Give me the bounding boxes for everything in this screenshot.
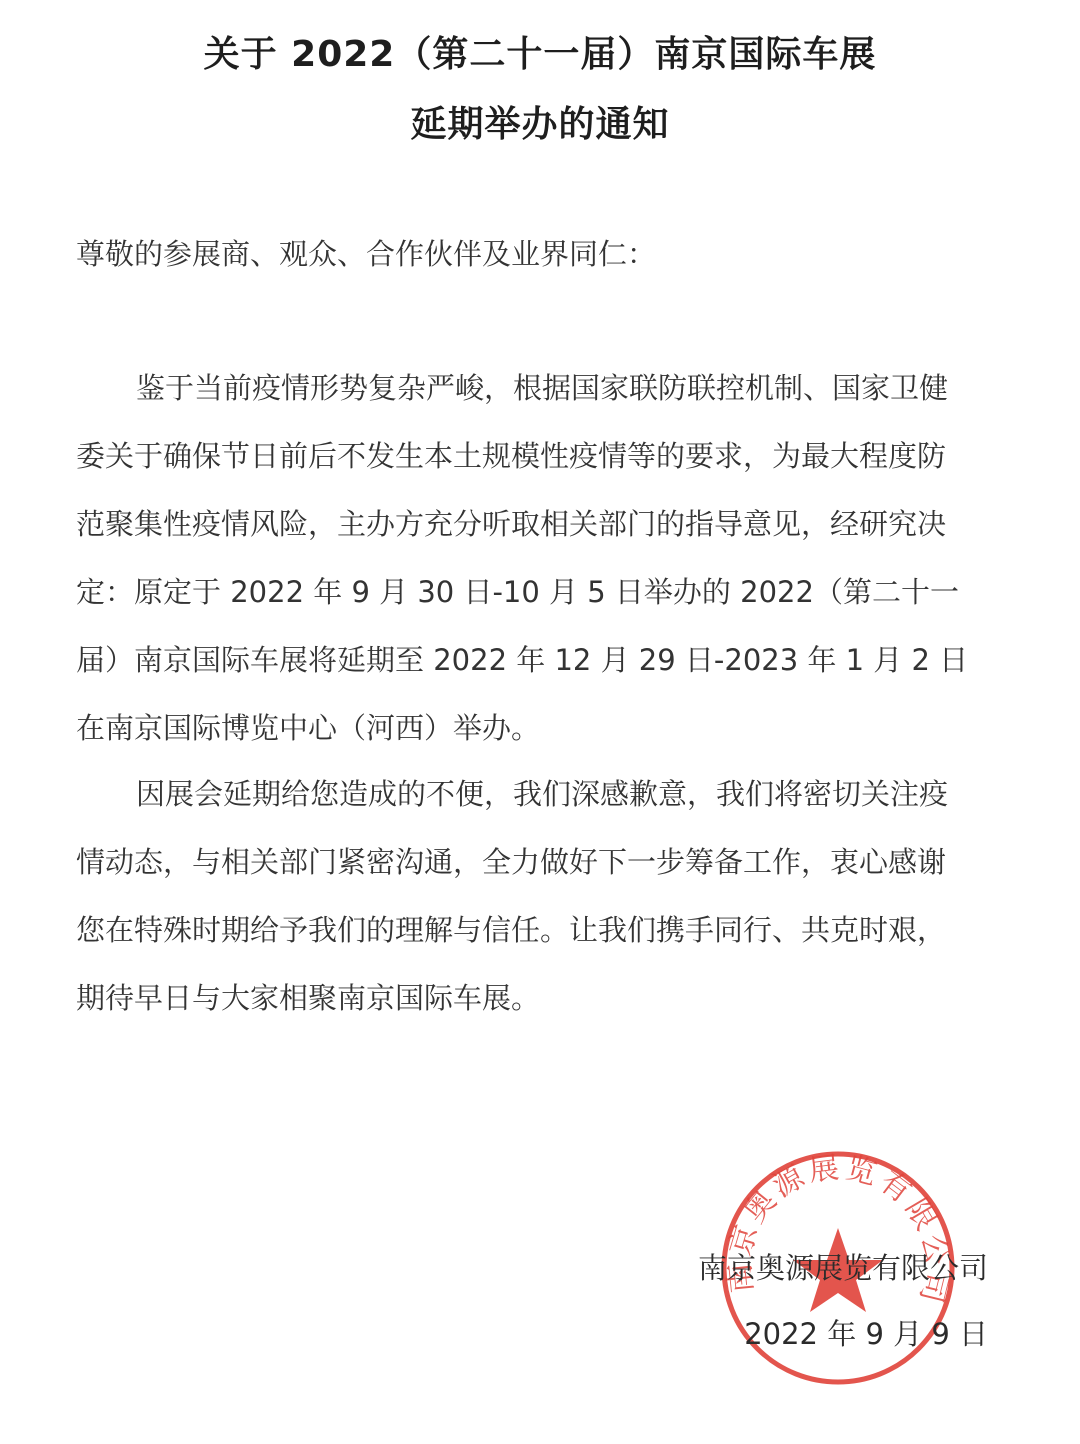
paragraph-2-line: 您在特殊时期给予我们的理解与信任。让我们携手同行、共克时艰， [76, 896, 991, 964]
document-title-line1: 关于 2022（第二十一届）南京国际车展 [0, 26, 1080, 77]
paragraph-2-line: 情动态，与相关部门紧密沟通，全力做好下一步筹备工作，衷心感谢 [76, 828, 991, 896]
document-title-line2: 延期举办的通知 [0, 96, 1080, 147]
paragraph-1-line: 委关于确保节日前后不发生本土规模性疫情等的要求，为最大程度防 [76, 422, 991, 490]
paragraph-1-line: 鉴于当前疫情形势复杂严峻，根据国家联防联控机制、国家卫健 [76, 354, 991, 422]
paragraph-1-line: 在南京国际博览中心（河西）举办。 [76, 694, 991, 762]
paragraph-1-line: 定：原定于 2022 年 9 月 30 日-10 月 5 日举办的 2022（第… [76, 558, 991, 626]
paragraph-2: 因展会延期给您造成的不便，我们深感歉意，我们将密切关注疫 情动态，与相关部门紧密… [76, 760, 991, 1032]
signature-date: 2022 年 9 月 9 日 [744, 1312, 988, 1353]
paragraph-1: 鉴于当前疫情形势复杂严峻，根据国家联防联控机制、国家卫健 委关于确保节日前后不发… [76, 354, 991, 762]
paragraph-1-line: 范聚集性疫情风险，主办方充分听取相关部门的指导意见，经研究决 [76, 490, 991, 558]
signature-company: 南京奥源展览有限公司 [698, 1246, 988, 1287]
paragraph-2-line: 因展会延期给您造成的不便，我们深感歉意，我们将密切关注疫 [76, 760, 991, 828]
greeting: 尊敬的参展商、观众、合作伙伴及业界同仁： [76, 232, 656, 273]
paragraph-2-line: 期待早日与大家相聚南京国际车展。 [76, 964, 991, 1032]
paragraph-1-line: 届）南京国际车展将延期至 2022 年 12 月 29 日-2023 年 1 月… [76, 626, 991, 694]
